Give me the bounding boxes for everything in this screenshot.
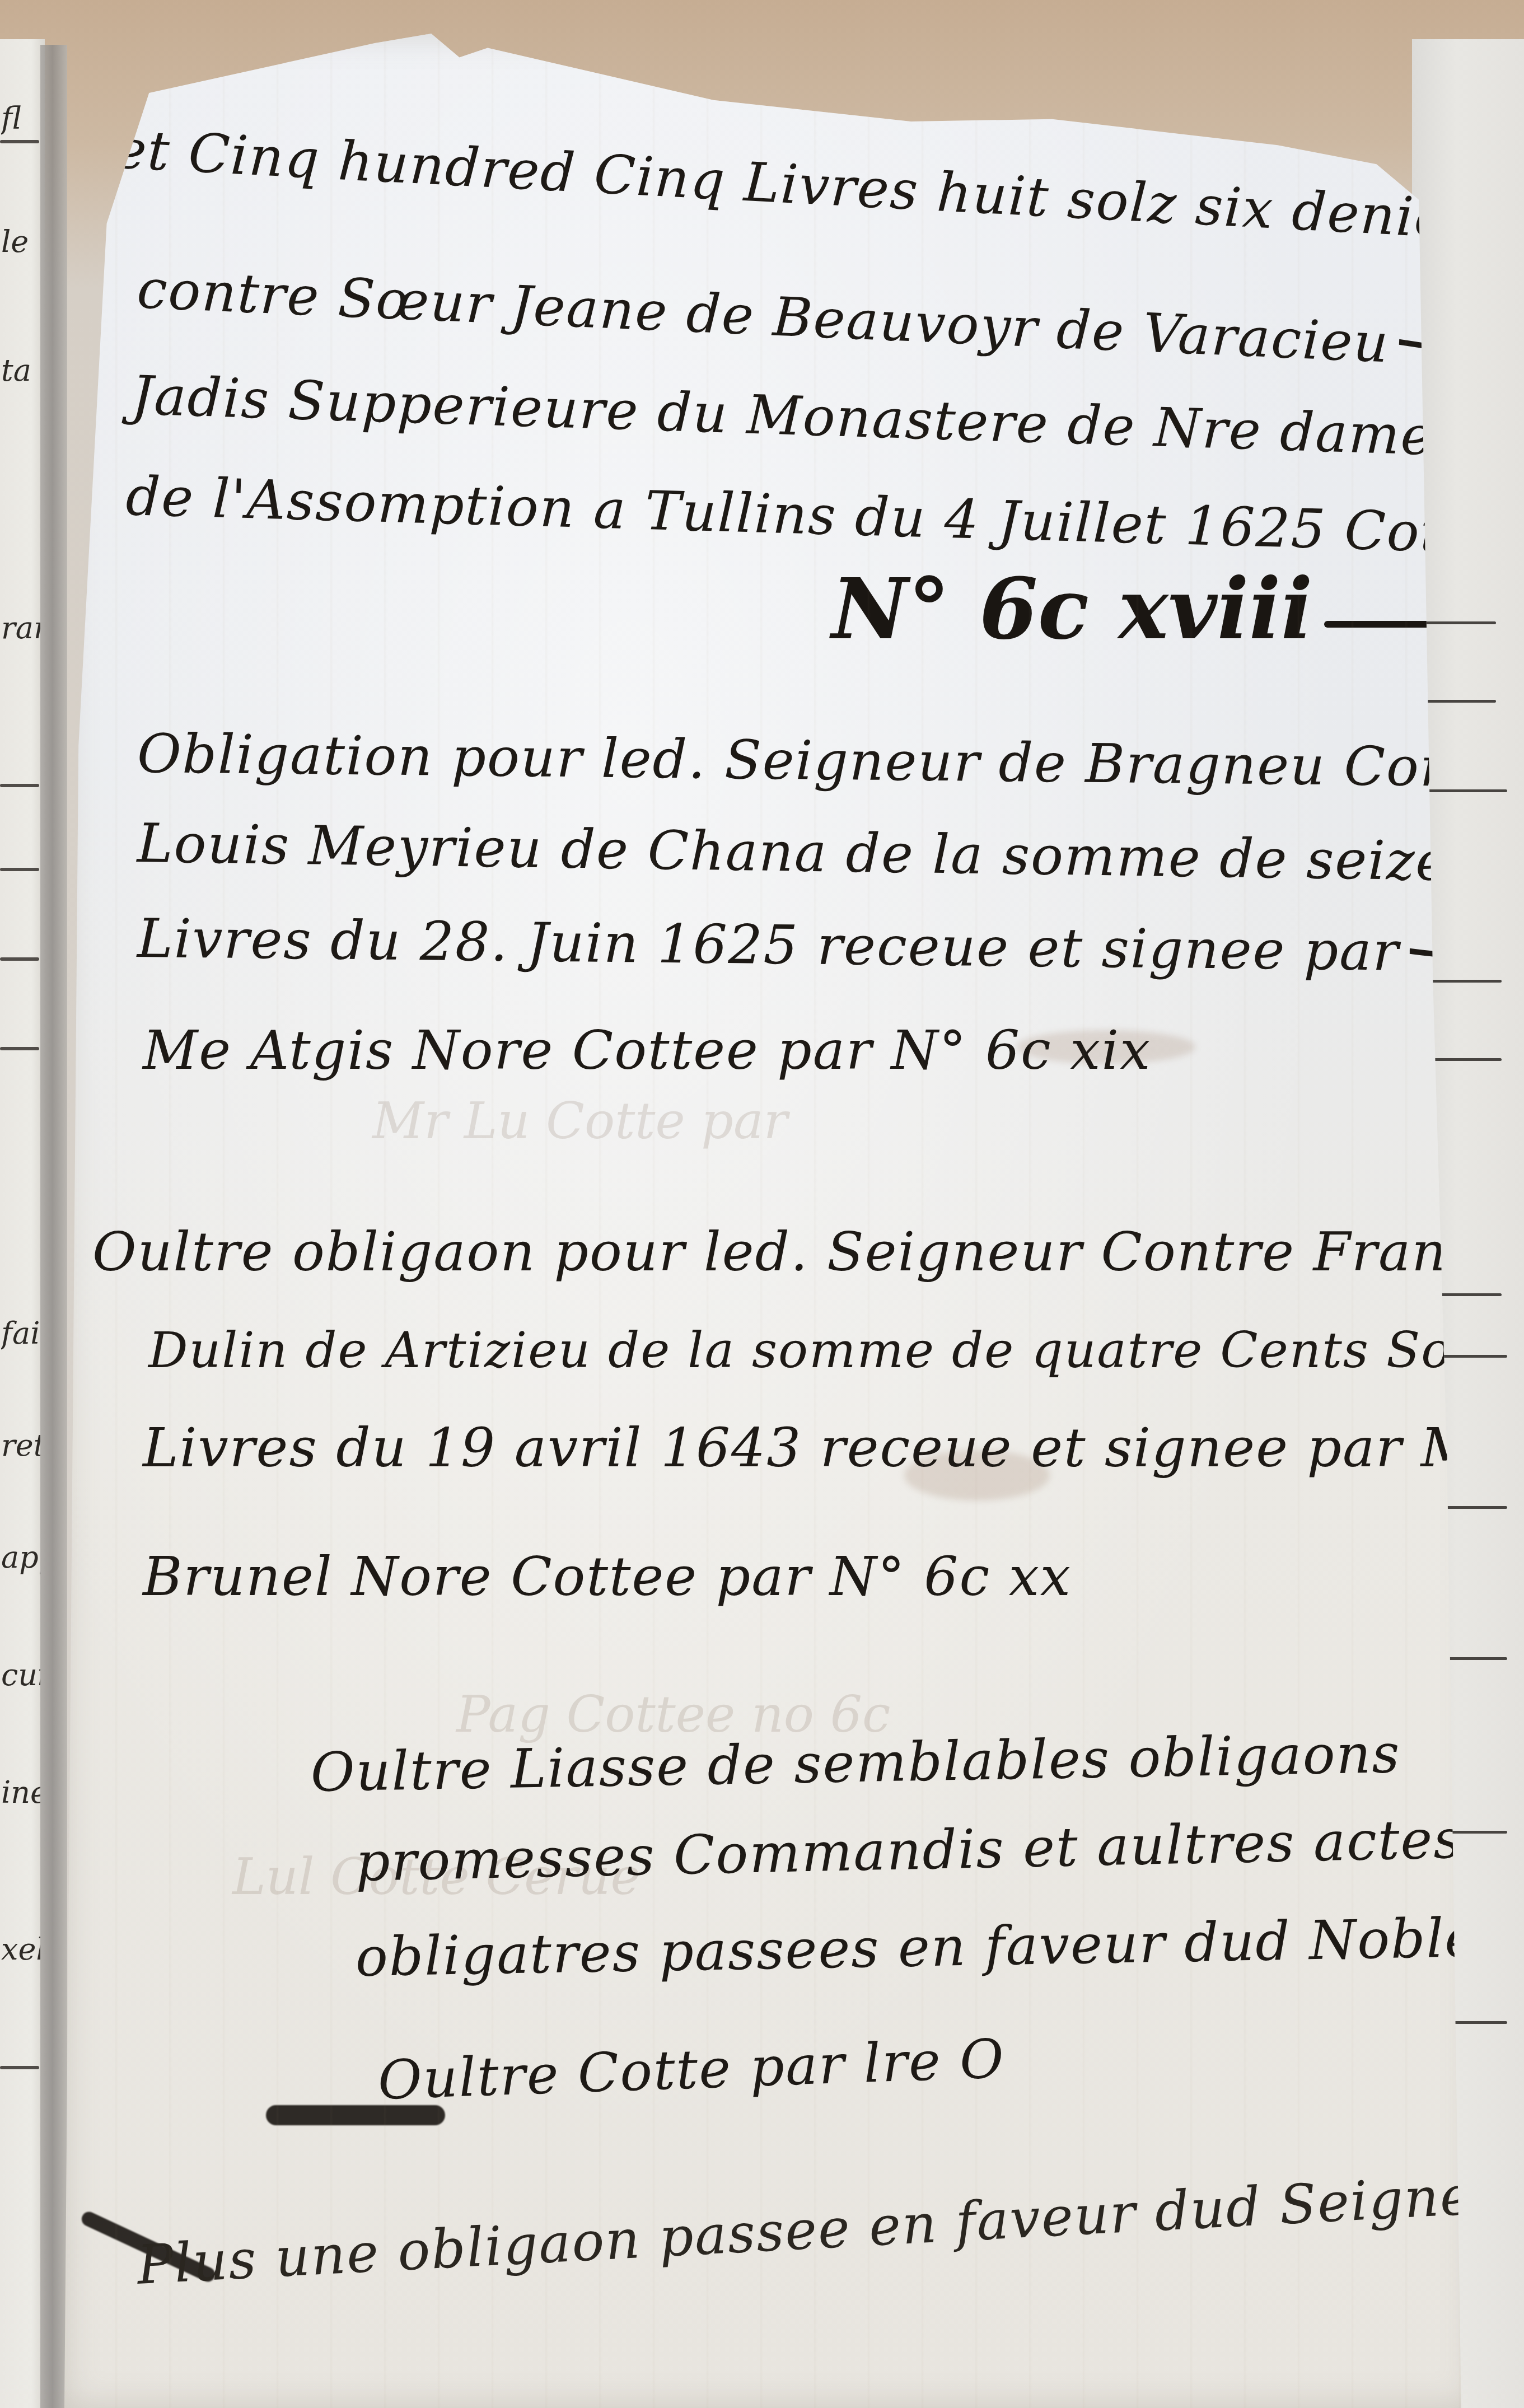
- manuscript-line: Obligation pour led. Seigneur de Bragneu…: [137, 722, 1524, 801]
- line-text: Obligation pour led. Seigneur de Bragneu…: [137, 722, 1524, 799]
- left-page-fragment: fl le ta ran fai ret appe cui ine xel: [0, 39, 45, 2408]
- manuscript-line: Plus une obligaon passee en faveur dud S…: [135, 2155, 1524, 2296]
- pen-stroke: [0, 784, 39, 787]
- left-fragment-text: ret: [1, 1428, 40, 1463]
- line-text: Oultre Liasse de semblables obligaons: [310, 1722, 1401, 1804]
- line-text: Brunel Nore Cottee par N° 6c xx: [143, 1545, 1072, 1608]
- manuscript-line: Oultre Cotte par lre O: [377, 2027, 1006, 2112]
- ink-blot-stroke: [80, 2209, 218, 2284]
- line-text: contre Sœur Jeane de Beauvoyr de Varacie…: [136, 258, 1391, 375]
- manuscript-line: Livres du 19 avril 1643 receue et signee…: [143, 1416, 1524, 1479]
- left-fragment-text: ine: [1, 1775, 40, 1810]
- left-fragment-text: ran: [1, 610, 40, 646]
- manuscript-page: Pag Cottee no 6c Lul Cotte Cerue Mr Lu C…: [64, 34, 1475, 2408]
- line-text: Livres du 28. Juin 1625 receue et signee…: [137, 907, 1400, 983]
- manuscript-line: contre Sœur Jeane de Beauvoyr de Varacie…: [136, 258, 1524, 381]
- manuscript-line: Oultre Liasse de semblables obligaons: [310, 1722, 1401, 1804]
- line-text: de l'Assomption a Tullins du 4 Juillet 1…: [125, 465, 1499, 565]
- left-fragment-text: appe: [1, 1540, 40, 1575]
- manuscript-line: de l'Assomption a Tullins du 4 Juillet 1…: [125, 465, 1524, 568]
- ink-stain: [904, 1450, 1050, 1500]
- left-fragment-text: fai: [1, 1316, 40, 1351]
- line-text: promesses Commandis et aultres actes: [355, 1808, 1463, 1893]
- line-text: Jadis Supperieure du Monastere de Nre da…: [130, 364, 1434, 467]
- pen-stroke: [0, 957, 39, 961]
- line-text: Dulin de Artizieu de la somme de quatre …: [148, 1321, 1524, 1379]
- bleed-through-text: Mr Lu Cotte par: [372, 1092, 788, 1151]
- bleed-through-text: Lul Cotte Cerue: [232, 1848, 641, 1906]
- line-text: Me Atgis Nore Cottee par N° 6c xix: [143, 1019, 1151, 1082]
- manuscript-line: Dulin de Artizieu de la somme de quatre …: [148, 1321, 1524, 1379]
- pen-stroke: [0, 2066, 39, 2069]
- line-text: obligatres passees en faveur dud Noble: [355, 1906, 1478, 1989]
- manuscript-line: Livres du 28. Juin 1625 receue et signee…: [137, 907, 1505, 984]
- line-text: Louis Meyrieu de Chana de la somme de se…: [137, 812, 1449, 893]
- manuscript-line: promesses Commandis et aultres actes: [355, 1806, 1524, 1893]
- manuscript-line: Jadis Supperieure du Monastere de Nre da…: [130, 364, 1523, 470]
- ink-stain: [1016, 1030, 1195, 1064]
- entry-number: N° 6c xviii: [831, 560, 1492, 658]
- manuscript-line: Oultre obligaon pour led. Seigneur Contr…: [92, 1221, 1524, 1283]
- line-text: Plus une obligaon passee en faveur dud S…: [135, 2161, 1524, 2297]
- bleed-through-text: Pag Cottee no 6c: [456, 1685, 890, 1744]
- pen-stroke: [0, 140, 39, 143]
- ink-blot-stroke: [266, 2105, 445, 2125]
- left-fragment-text: cui: [1, 1657, 40, 1692]
- left-fragment-text: ta: [1, 353, 40, 388]
- book-gutter: [40, 45, 67, 2408]
- line-text: Oultre obligaon pour led. Seigneur Contr…: [92, 1221, 1524, 1283]
- manuscript-line: Me Atgis Nore Cottee par N° 6c xix: [143, 1019, 1151, 1082]
- left-fragment-text: le: [1, 224, 40, 259]
- pen-stroke: [0, 868, 39, 871]
- left-fragment-text: xel: [1, 1932, 40, 1967]
- line-text: Livres du 19 avril 1643 receue et signee…: [143, 1416, 1510, 1479]
- line-text: Oultre Cotte par lre O: [377, 2027, 1006, 2112]
- manuscript-line: Louis Meyrieu de Chana de la somme de se…: [137, 812, 1524, 895]
- entry-number-text: N° 6c xviii: [831, 560, 1313, 658]
- left-fragment-text: fl: [1, 101, 40, 136]
- pen-stroke: [0, 1047, 39, 1050]
- manuscript-line: Brunel Nore Cottee par N° 6c xx: [143, 1545, 1072, 1608]
- manuscript-line: obligatres passees en faveur dud Noble: [355, 1905, 1524, 1989]
